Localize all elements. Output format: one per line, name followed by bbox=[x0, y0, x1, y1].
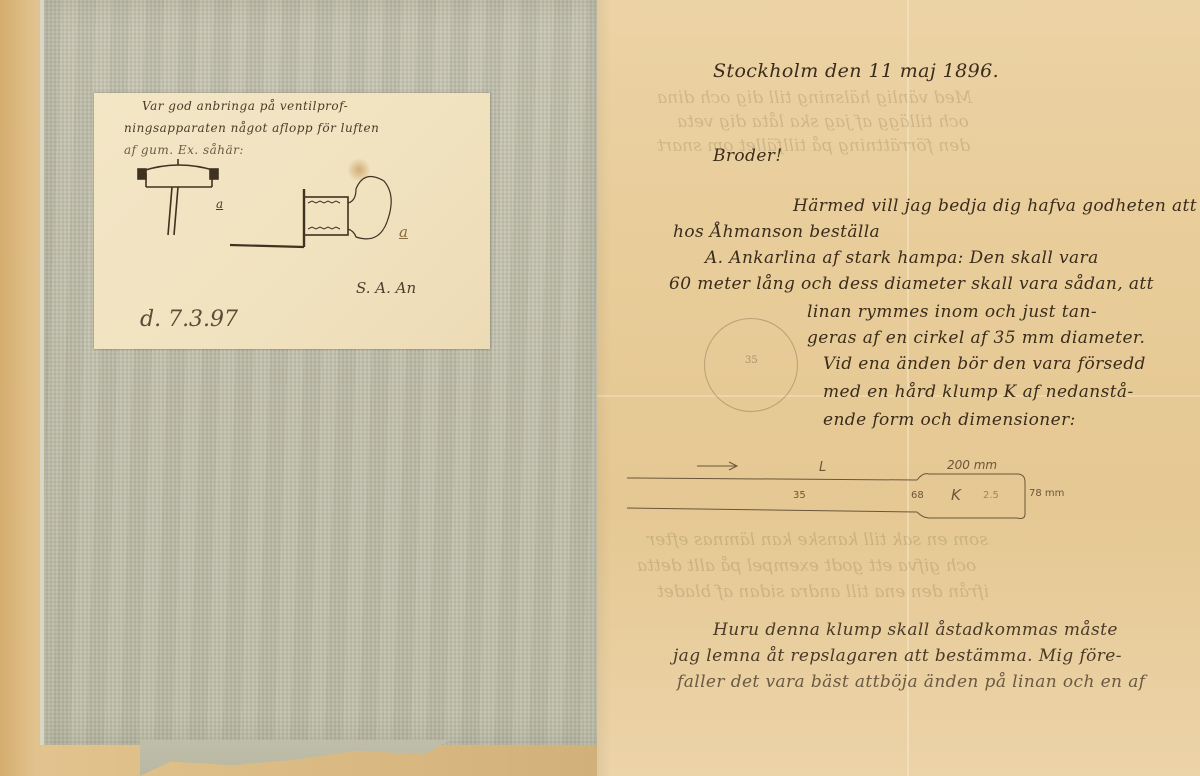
letter-line: linan rymmes inom och just tan- bbox=[807, 302, 1097, 322]
letter-line: Huru denna klump skall åstadkommas måste bbox=[713, 620, 1118, 640]
drawing-label-neck: 68 bbox=[911, 490, 924, 501]
bleed-through-text: ifrån den ena till andra sidan af bladet bbox=[657, 582, 989, 602]
label-a-left: a bbox=[216, 197, 223, 211]
bleed-through-text: Med vänlig hälsning till dig och dina bbox=[657, 88, 972, 108]
letter-line: A. Ankarlina af stark hampa: Den skall v… bbox=[705, 248, 1099, 268]
drawing-label-length: 200 mm bbox=[947, 458, 997, 472]
valve-sketch-icon bbox=[134, 159, 434, 269]
letter-line: hos Åhmanson beställa bbox=[673, 222, 880, 242]
note-line: Var god anbringa på ventilprof- bbox=[142, 99, 348, 113]
letter-salutation: Broder! bbox=[713, 146, 783, 166]
note-card: Var god anbringa på ventilprof- ningsapp… bbox=[94, 93, 490, 349]
drawing-label-L: L bbox=[819, 460, 826, 475]
bleed-through-text: som en sak till kanske kan lämnas efter bbox=[647, 530, 988, 550]
drawing-label-K: K bbox=[951, 486, 961, 504]
drawing-label-rope-diameter: 35 bbox=[793, 490, 806, 501]
note-date: d. 7.3.97 bbox=[140, 307, 238, 332]
bleed-through-text: och gifva ett godt exempel på allt detta bbox=[637, 556, 976, 576]
note-line: ningsapparaten något aflopp för luften bbox=[124, 121, 379, 135]
stamp-text: 35 bbox=[745, 355, 758, 366]
drawing-label-inner: 2.5 bbox=[983, 490, 999, 501]
ink-stain bbox=[348, 157, 370, 183]
rope-clump-drawing-icon bbox=[617, 452, 1097, 532]
bleed-through-text: och tillägg af jag ska låta dig veta bbox=[677, 112, 969, 132]
letter-line: geras af en cirkel af 35 mm diameter. bbox=[807, 328, 1145, 348]
faint-stamp-circle: 35 bbox=[704, 318, 798, 412]
letter-line: Vid ena änden bör den vara försedd bbox=[823, 354, 1146, 374]
note-line: af gum. Ex. såhär: bbox=[124, 143, 244, 157]
letter-place-date: Stockholm den 11 maj 1896. bbox=[713, 60, 999, 82]
bleed-through-text: den förrättning på tillfället om snart bbox=[657, 136, 970, 156]
letter-line: Härmed vill jag bedja dig hafva godheten… bbox=[793, 196, 1197, 216]
label-a-right: a bbox=[399, 223, 408, 241]
letter-line: ende form och dimensioner: bbox=[823, 410, 1076, 430]
letter-line: jag lemna åt repslagaren att bestämma. M… bbox=[673, 646, 1122, 666]
letter-sheet: Med vänlig hälsning till dig och dina oc… bbox=[597, 0, 1200, 776]
drawing-label-diameter: 78 mm bbox=[1029, 488, 1064, 499]
letter-line: 60 meter lång och dess diameter skall va… bbox=[669, 274, 1154, 294]
signature: S. A. An bbox=[356, 279, 416, 297]
letter-line: faller det vara bäst attböja änden på li… bbox=[677, 672, 1145, 692]
letter-line: med en hård klump K af nedanstå- bbox=[823, 382, 1134, 402]
